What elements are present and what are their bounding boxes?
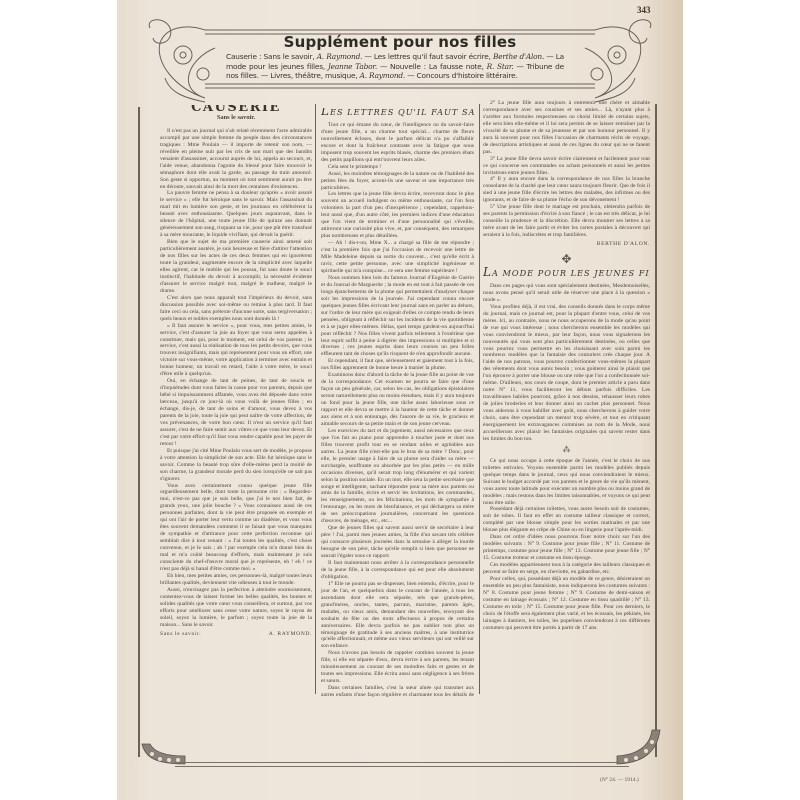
- causerie-signature: Sans le savoir.A. RAYMOND.: [160, 631, 312, 638]
- lettres-title: LES LETTRES QU'IL FAUT SAVOIR ÉCRIRE: [321, 108, 474, 116]
- paragraph: Examinons donc d'abord la tâche de la je…: [321, 372, 474, 428]
- section-flourish-icon: ✥: [483, 256, 650, 263]
- paragraph: 2° La jeune fille aura toujours à entret…: [483, 100, 650, 156]
- lettres-continuation: 2° La jeune fille aura toujours à entret…: [483, 100, 650, 239]
- paragraph: Dans certaines familles, c'est la sœur a…: [321, 685, 474, 698]
- footer-ornament-right: [612, 728, 662, 772]
- paragraph: Aussi, les moindres témoignages de la na…: [321, 171, 474, 192]
- summary-text: — Concours d'histoire littéraire.: [405, 71, 518, 80]
- causerie-body: Il n'est pas un journal qui n'ait relaté…: [160, 128, 312, 638]
- paragraph: Tout ce qui émane du cœur, de l'intellig…: [321, 122, 474, 164]
- paragraph: 4° Il y aura encore dans la correspondan…: [483, 176, 650, 204]
- paragraph: « Il faut assurer le service », pour vou…: [160, 323, 312, 379]
- mode-title: LA MODE POUR LES JEUNES FILLES: [483, 269, 650, 277]
- causerie-title: CAUSERIE: [160, 105, 312, 112]
- paragraph: Eh bien, mes petites amies, ces personne…: [160, 573, 312, 587]
- column-divider-2: [479, 104, 480, 694]
- paragraph: 3° La jeune fille devra savoir écrire cl…: [483, 156, 650, 177]
- paragraph: Pour celles, qui, possédant déjà un modè…: [483, 576, 650, 632]
- summary-text: — Nouvelle : La fausse note,: [377, 62, 487, 71]
- paragraph: Bien que le sujet de ma première causeri…: [160, 239, 312, 295]
- contents-summary: Causerie : Sans le savoir, A. Raymond. —…: [226, 52, 564, 81]
- paragraph: Dans ces pages qui vous sont spécialemen…: [483, 283, 650, 304]
- footer-rule: [175, 762, 629, 767]
- paragraph: — Ah ! dis-t-on, Mme X... a chargé sa fi…: [321, 240, 474, 275]
- paragraph: Les lettres que la jeune fille devra écr…: [321, 191, 474, 240]
- causerie-subtitle: Sans le savoir.: [160, 115, 312, 122]
- left-column-bar: [138, 107, 140, 757]
- paragraph: Vous profitez déjà, il est vrai, des con…: [483, 304, 650, 443]
- column-divider-1: [315, 104, 316, 694]
- lettres-signature: BERTHE D'ALON.: [483, 241, 650, 248]
- paragraph: Et puisque j'ai cité Mme Poulain vous se…: [160, 448, 312, 483]
- paragraph: Nous sommes bien loin du fameux Journal …: [321, 275, 474, 358]
- paragraph: Il faut maintenant nous arrêter à la cor…: [321, 560, 474, 581]
- mode-body: Dans ces pages qui vous sont spécialemen…: [483, 283, 650, 632]
- asterism-separator: ⁂: [483, 447, 650, 454]
- paragraph: Vous avez certainement connu quelque jeu…: [160, 483, 312, 573]
- paragraph: La pauvre femme ne pensa à sa douleur qu…: [160, 190, 312, 239]
- causerie-column: CAUSERIE Sans le savoir. Il n'est pas un…: [160, 105, 312, 637]
- paragraph: Cela sent le printemps !: [321, 164, 474, 171]
- lettres-body: Tout ce qui émane du cœur, de l'intellig…: [321, 122, 474, 698]
- page-number: 343: [637, 5, 760, 15]
- paragraph: Nous n'avons pas besoin de rappeler comb…: [321, 650, 474, 685]
- issue-citation: (N° 24. — 1914.): [600, 777, 658, 783]
- paragraph: Ce qui nous occupe à cette époque de l'a…: [483, 458, 650, 507]
- paragraph: Les exercices du tact et du jugement, au…: [321, 428, 474, 525]
- right-column-bar: [655, 104, 657, 757]
- page-title: Supplément pour nos filles: [0, 33, 800, 51]
- paragraph: Et cependant, il faut que, sérieusement …: [321, 358, 474, 372]
- lettres-column: LES LETTRES QU'IL FAUT SAVOIR ÉCRIRE Tou…: [321, 108, 474, 698]
- paragraph: 5° Une jeune fille dont le mariage est p…: [483, 204, 650, 239]
- paragraph: Oui, en échange de tant de peines, de ta…: [160, 378, 312, 448]
- paragraph: Que de jeunes filles qui savent aussi se…: [321, 525, 474, 560]
- paragraph: 1° Elle ne pourra pas se dispenser, bien…: [321, 581, 474, 651]
- summary-author: Jeanne Tabor.: [328, 62, 377, 71]
- paragraph: Possédant déjà certaines toilettes, vous…: [483, 506, 650, 534]
- mode-column: 2° La jeune fille aura toujours à entret…: [483, 100, 650, 632]
- summary-text: Causerie : Sans le savoir,: [226, 52, 317, 61]
- summary-author: Berthe d'Alon.: [493, 52, 544, 61]
- footer-ornament-left: [140, 742, 190, 772]
- summary-author: A. Raymond.: [360, 71, 405, 80]
- paragraph: C'est alors que nous apparaît tout l'imp…: [160, 295, 312, 323]
- paragraph: Aussi, n'envisagez pas la perfection à a…: [160, 587, 312, 629]
- summary-author: R. Star.: [487, 62, 514, 71]
- summary-text: — Les lettres qu'il faut savoir écrire,: [362, 52, 493, 61]
- paragraph: Ces modèles appartiennent tous à la caté…: [483, 562, 650, 576]
- paragraph: Dans cet ordre d'idées nous pourrons fix…: [483, 534, 650, 562]
- summary-author: A. Raymond.: [317, 52, 363, 61]
- paragraph: Il n'est pas un journal qui n'ait relaté…: [160, 128, 312, 191]
